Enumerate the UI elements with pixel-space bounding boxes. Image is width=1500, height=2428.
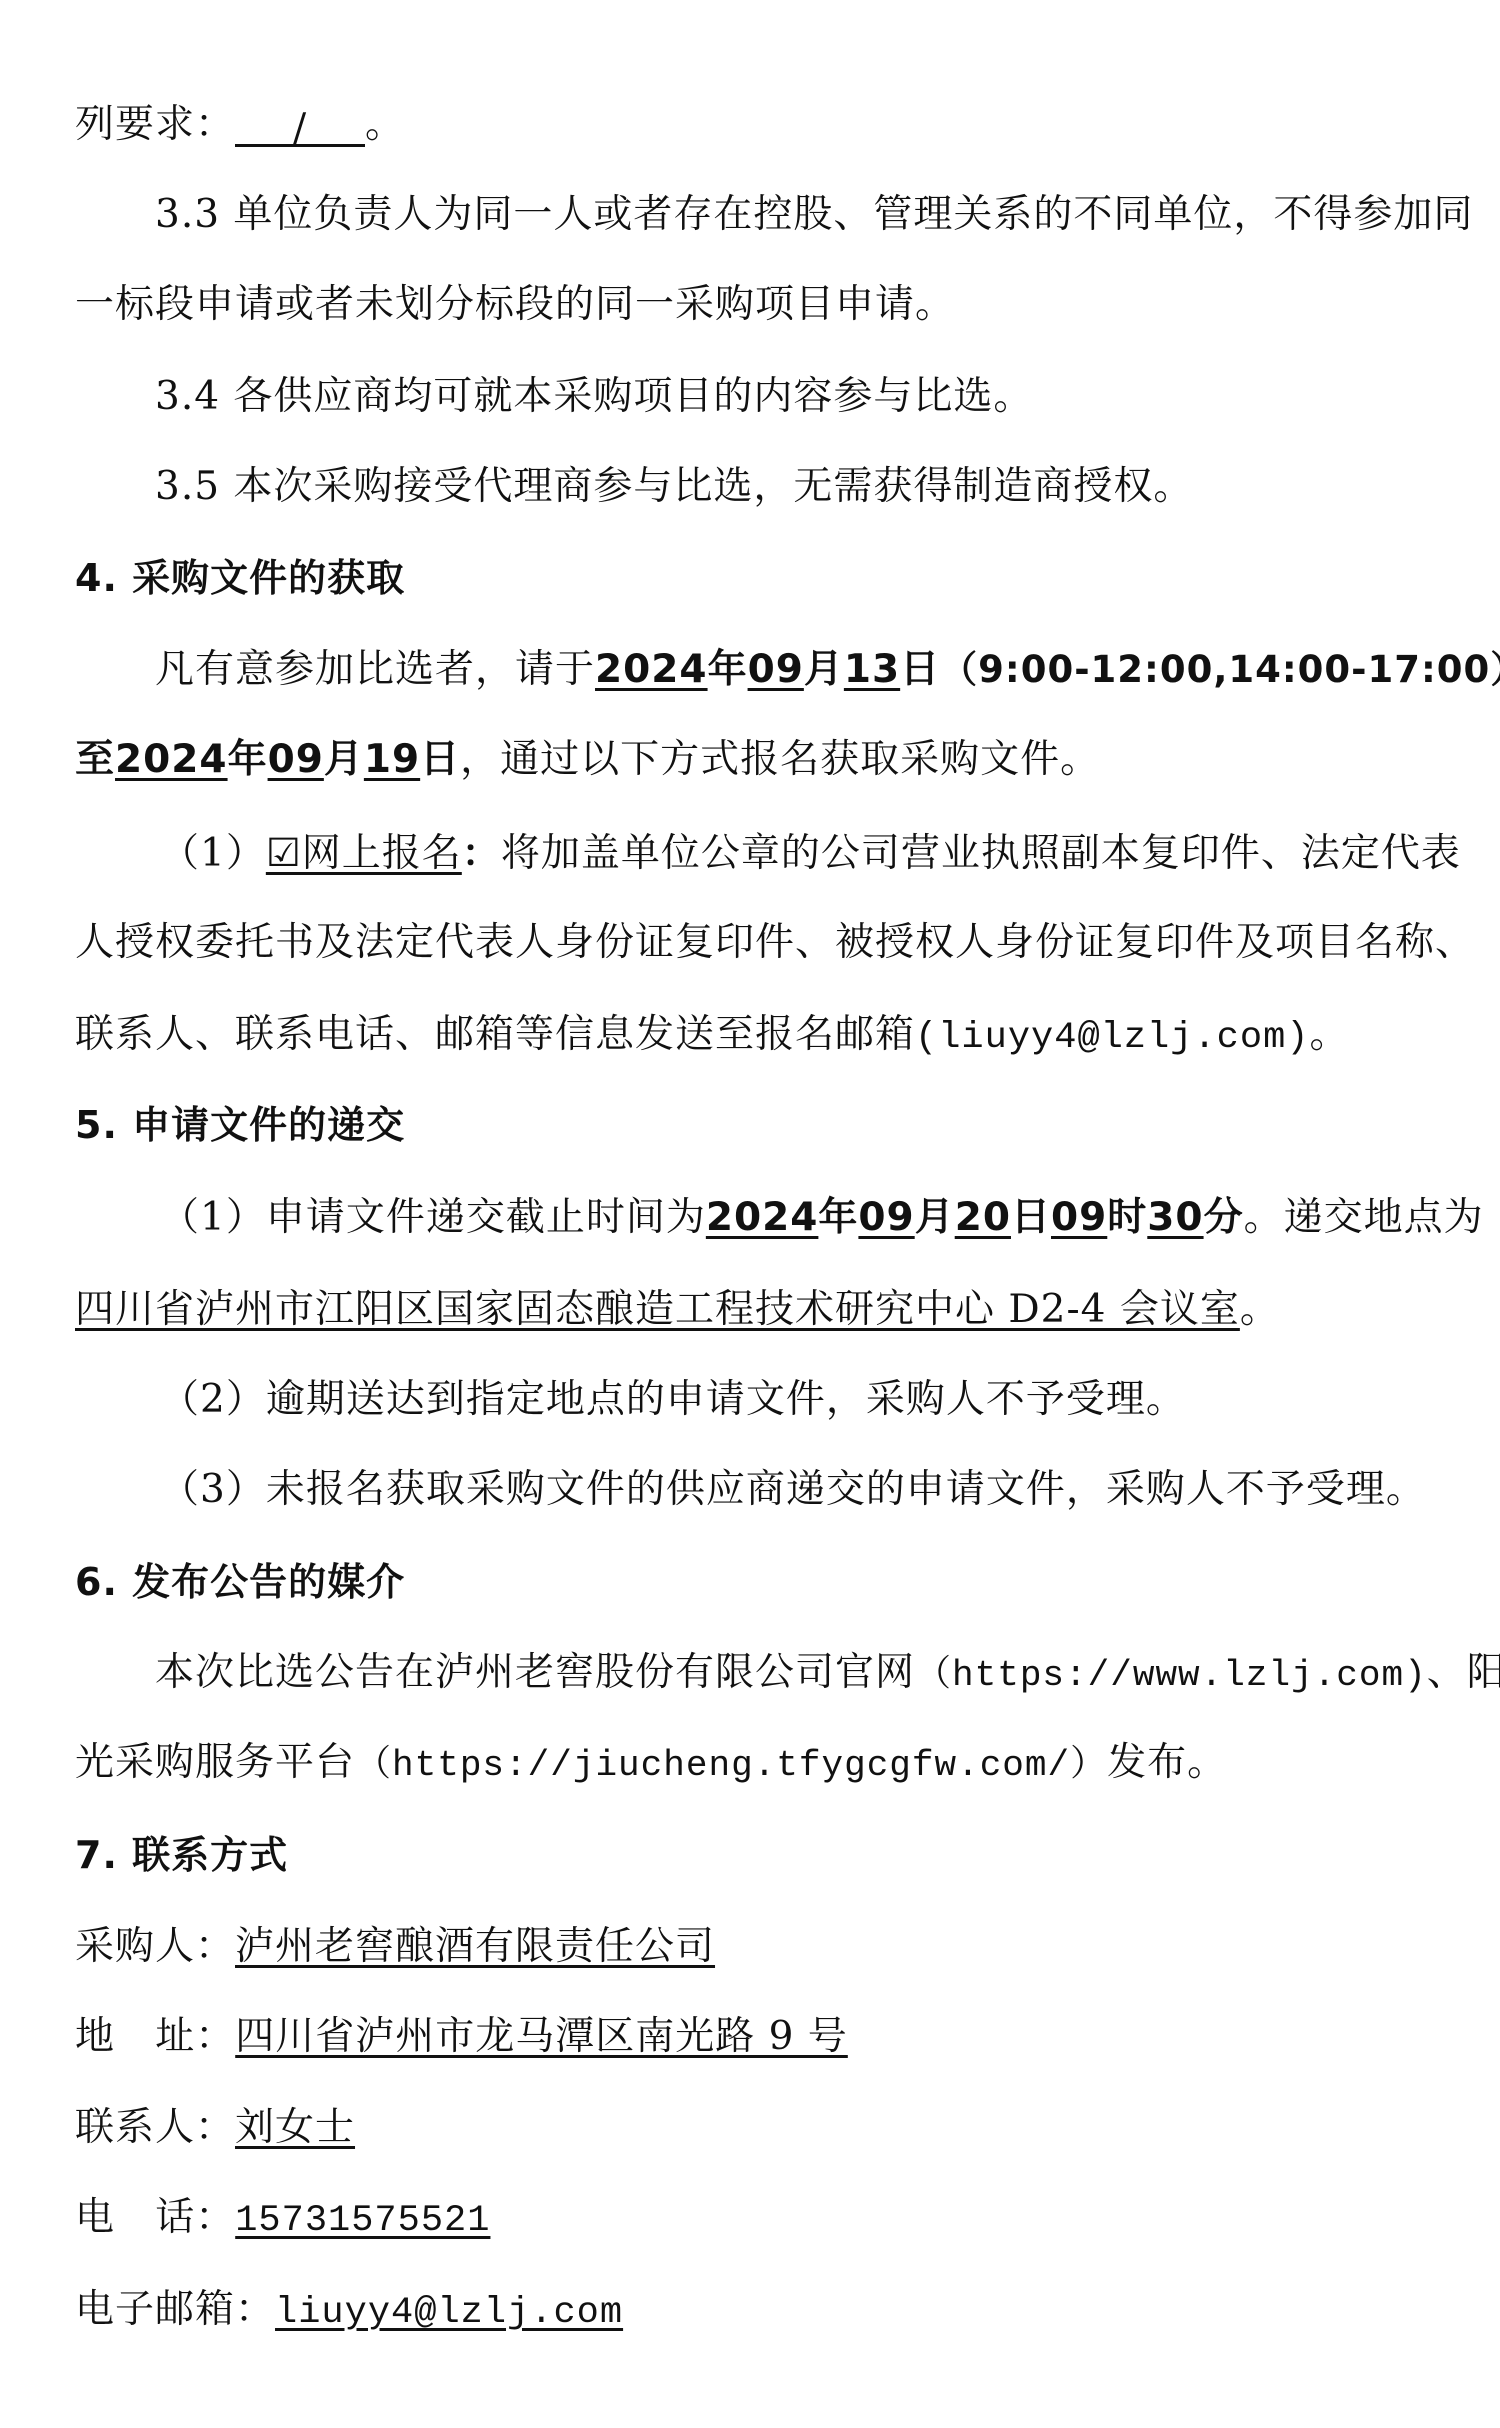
contact-person: 联系人：刘女士: [75, 2103, 355, 2153]
contact-value: 刘女士: [235, 2105, 355, 2150]
text: 。递交地点为: [1244, 1195, 1484, 1240]
text: ，通过以下方式报名获取采购文件。: [460, 737, 1100, 782]
text: 。: [1240, 1287, 1280, 1332]
clause-3-4: 3.4 各供应商均可就本采购项目的内容参与比选。: [155, 372, 1033, 422]
start-month: 09: [748, 647, 804, 692]
online-registration-line-1: （1）☑网上报名：将加盖单位公章的公司营业执照副本复印件、法定代表: [160, 828, 1461, 879]
online-registration-line-3: 联系人、联系电话、邮箱等信息发送至报名邮箱(liuyy4@lzlj.com)。: [75, 1010, 1350, 1063]
period: 。: [365, 102, 405, 147]
text: ：: [462, 831, 501, 875]
text: 。: [1309, 1012, 1349, 1057]
text: 光采购服务平台: [75, 1740, 355, 1785]
end-day: 19: [364, 737, 420, 782]
text: 本次比选公告在泸州老窖股份有限公司官网: [155, 1650, 915, 1695]
contact-phone: 电 话：15731575521: [75, 2193, 490, 2246]
deadline-year: 2024: [706, 1195, 819, 1240]
text: 日: [1011, 1195, 1051, 1240]
publication-media-line-1: 本次比选公告在泸州老窖股份有限公司官网（https://www.lzlj.com…: [155, 1648, 1500, 1701]
contact-label: 联系人：: [75, 2105, 235, 2150]
email-label: 电子邮箱：: [75, 2287, 275, 2332]
online-registration-option: ☑网上报名: [266, 831, 462, 876]
start-day: 13: [844, 647, 900, 692]
end-year: 2024: [115, 737, 228, 782]
clause-3-3: 3.3 单位负责人为同一人或者存在控股、管理关系的不同单位，不得参加同: [155, 190, 1473, 240]
clause-3-5: 3.5 本次采购接受代理商参与比选，无需获得制造商授权。: [155, 462, 1193, 512]
end-month: 09: [268, 737, 324, 782]
deadline-day: 20: [955, 1195, 1011, 1240]
item-number: （1）: [160, 1195, 266, 1240]
text: 分: [1204, 1195, 1244, 1240]
text: 、阳: [1427, 1650, 1500, 1695]
official-website-link[interactable]: （https://www.lzlj.com): [915, 1655, 1427, 1696]
contact-purchaser: 采购人：泸州老窖酿酒有限责任公司: [75, 1922, 715, 1972]
address-label: 地 址：: [75, 2014, 235, 2059]
text: 将加盖单位公章的公司营业执照副本复印件、法定代表: [501, 831, 1461, 876]
section-5-heading: 5. 申请文件的递交: [75, 1100, 405, 1150]
text: 申请文件递交截止时间为: [266, 1195, 706, 1240]
clause-3-3-cont: 一标段申请或者未划分标段的同一采购项目申请。: [75, 280, 955, 330]
requirement-line: 列要求：/。: [75, 100, 405, 150]
online-registration-line-2: 人授权委托书及法定代表人身份证复印件、被授权人身份证复印件及项目名称、: [75, 918, 1475, 968]
text: 凡有意参加比选者，请于: [155, 647, 595, 692]
requirement-label: 列要求：: [75, 102, 235, 147]
item-number: （1）: [160, 831, 266, 876]
text: 月: [915, 1195, 955, 1240]
address-value: 四川省泸州市龙马潭区南光路 9 号: [235, 2014, 848, 2059]
deadline-hour: 09: [1051, 1195, 1107, 1240]
purchaser-value: 泸州老窖酿酒有限责任公司: [235, 1924, 715, 1969]
contact-address: 地 址：四川省泸州市龙马潭区南光路 9 号: [75, 2012, 848, 2062]
section-4-para-2: 至2024年09月19日，通过以下方式报名获取采购文件。: [75, 735, 1100, 785]
section-7-heading: 7. 联系方式: [75, 1830, 288, 1880]
deadline-minute: 30: [1147, 1195, 1203, 1240]
text: 联系人、联系电话、邮箱等信息发送至报名邮箱: [75, 1012, 915, 1057]
deadline-month: 09: [858, 1195, 914, 1240]
registration-email-link[interactable]: (liuyy4@lzlj.com): [915, 1017, 1309, 1059]
section-4-para-1: 凡有意参加比选者，请于2024年09月13日（9:00-12:00,14:00-…: [155, 645, 1500, 695]
office-hours: （9:00-12:00,14:00-17:00）: [940, 648, 1500, 691]
procurement-platform-link[interactable]: （https://jiucheng.tfygcgfw.com/）: [355, 1745, 1107, 1786]
purchaser-label: 采购人：: [75, 1924, 235, 1969]
text: 时: [1107, 1195, 1147, 1240]
phone-label: 电 话：: [75, 2195, 235, 2240]
text: 至: [75, 737, 115, 782]
submission-location: 四川省泸州市江阳区国家固态酿造工程技术研究中心 D2-4 会议室: [75, 1287, 1240, 1332]
unregistered-supplier-rule: （3）未报名获取采购文件的供应商递交的申请文件，采购人不予受理。: [160, 1465, 1426, 1515]
phone-value[interactable]: 15731575521: [235, 2200, 490, 2242]
section-6-heading: 6. 发布公告的媒介: [75, 1557, 405, 1607]
contact-email: 电子邮箱：liuyy4@lzlj.com: [75, 2285, 643, 2338]
text: 日: [900, 647, 940, 692]
text: 月: [324, 737, 364, 782]
text: 月: [804, 647, 844, 692]
start-year: 2024: [595, 647, 708, 692]
submission-location-line: 四川省泸州市江阳区国家固态酿造工程技术研究中心 D2-4 会议室。: [75, 1285, 1280, 1335]
section-4-heading: 4. 采购文件的获取: [75, 553, 405, 603]
email-value[interactable]: liuyy4@lzlj.com: [275, 2292, 643, 2334]
late-submission-rule: （2）逾期送达到指定地点的申请文件，采购人不予受理。: [160, 1375, 1186, 1425]
submission-deadline-line: （1）申请文件递交截止时间为2024年09月20日09时30分。递交地点为: [160, 1193, 1484, 1243]
publication-media-line-2: 光采购服务平台（https://jiucheng.tfygcgfw.com/）发…: [75, 1738, 1227, 1791]
requirement-blank: /: [235, 104, 365, 147]
text: 年: [818, 1195, 858, 1240]
text: 发布。: [1107, 1740, 1227, 1785]
text: 年: [708, 647, 748, 692]
text: 年: [228, 737, 268, 782]
text: 日: [420, 737, 460, 782]
